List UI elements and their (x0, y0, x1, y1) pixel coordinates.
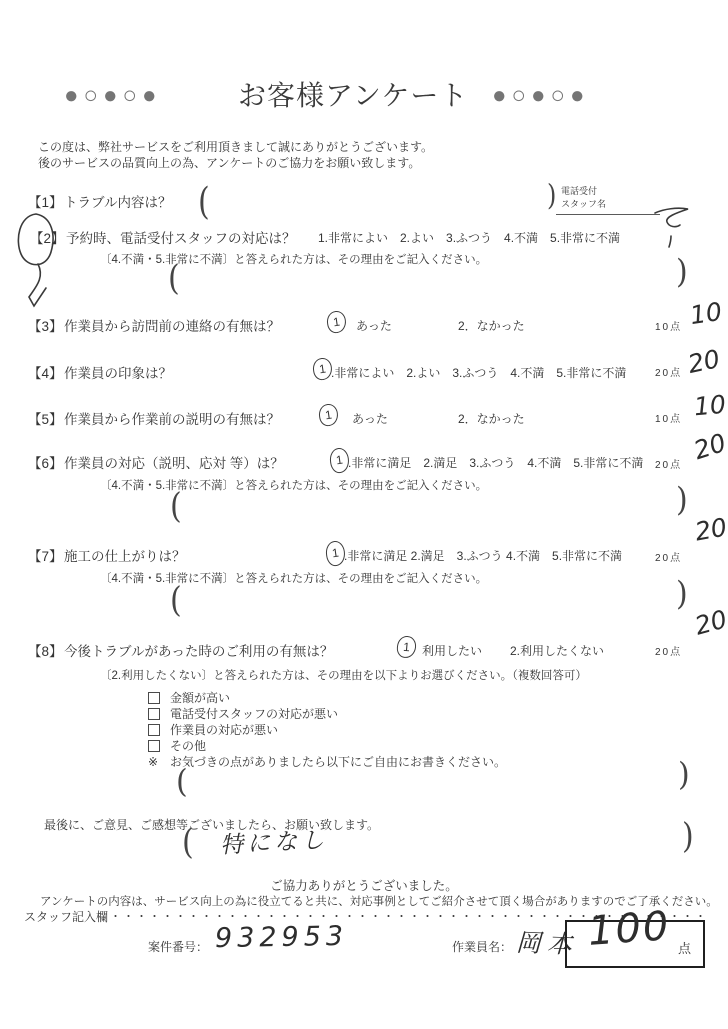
staff-name-line (556, 214, 660, 215)
q4-text: 作業員の印象は？ (64, 362, 172, 382)
q2-text: 予約時、電話受付スタッフの対応は？ (66, 227, 296, 247)
intro-line-2: 後のサービスの品質向上の為、アンケートのご協力をお願い致します。 (38, 154, 420, 171)
final-bracket-open: ( (182, 826, 194, 861)
staff-entry-label: スタッフ記入欄 (24, 908, 108, 925)
q7-sub-instruction: 〔4.不満・5.非常に不満〕と答えられた方は、その理由をご記入ください。 (100, 570, 487, 586)
q7-handwritten-score: 20 (693, 512, 728, 546)
q8-checkbox-label-4: その他 (170, 737, 206, 754)
handwritten-final-comment: 特になし (219, 821, 329, 860)
q7-options: .非常に満足 2.満足 3.ふつう 4.不満 5.非常に不満 (344, 547, 622, 564)
q3-label: 【3】 (28, 315, 63, 335)
q2-label: 【2】 (30, 227, 65, 247)
case-number-label: 案件番号： (148, 938, 208, 955)
q3-text: 作業員から訪問前の連絡の有無は？ (64, 315, 280, 335)
q7-label: 【7】 (28, 545, 63, 565)
q2-sub-instruction: 〔4.不満・5.非常に不満〕と答えられた方は、その理由をご記入ください。 (100, 251, 487, 267)
q5-text: 作業員から作業前の説明の有無は？ (64, 408, 280, 428)
q8-score-label: 20点 (655, 643, 682, 658)
phone-staff-label-line2: スタッフ名 (561, 197, 606, 210)
q4-score-label: 20点 (655, 364, 682, 379)
checkbox-icon (148, 708, 160, 720)
final-comment-prompt: 最後に、ご意見、ご感想等ございましたら、お願い致します。 (44, 816, 379, 833)
handwritten-total-score: 100 (586, 903, 671, 955)
checkbox-icon (148, 692, 160, 704)
q6-reason-bracket-close: ) (676, 484, 688, 517)
q8-hand-circled-option-1: 1 (396, 635, 417, 659)
q3-option-1-label: あった (356, 317, 392, 334)
checkbox-icon (148, 724, 160, 736)
hand-scribble-staff-name (655, 208, 688, 226)
total-score-unit: 点 (678, 938, 691, 957)
handwritten-case-number: 932953 (215, 921, 349, 954)
q8-checkbox-label-3: 作業員の対応が悪い (170, 721, 278, 738)
q8-free-bracket-close: ) (678, 760, 690, 792)
worker-name-label: 作業員名： (452, 938, 512, 955)
q1-answer-bracket-close: ) (547, 181, 556, 210)
q2-reason-bracket-open: ( (168, 262, 180, 297)
q3-hand-circled-option-1: 1 (326, 310, 348, 334)
q6-score-label: 20点 (655, 456, 682, 471)
q5-option-1-label: あった (352, 410, 388, 427)
q8-label: 【8】 (28, 640, 63, 660)
q1-label: 【1】 (28, 191, 63, 211)
checkbox-icon (148, 740, 160, 752)
hand-dash-staff-name (669, 236, 671, 247)
hand-check-below-q2 (29, 264, 46, 306)
q5-option-2-label: 2．なかった (458, 410, 525, 427)
q8-checkbox-label-2: 電話受付スタッフの対応が悪い (170, 705, 338, 722)
q5-handwritten-score: 10 (693, 390, 727, 422)
q4-label: 【4】 (28, 362, 63, 382)
q2-options: 1.非常によい 2.よい 3.ふつう 4.不満 5.非常に不満 (318, 229, 620, 246)
q8-checkbox-label-1: 金額が高い (170, 689, 230, 706)
q5-score-label: 10点 (655, 410, 682, 425)
q7-reason-bracket-open: ( (170, 584, 182, 619)
q7-text: 施工の仕上がりは？ (64, 545, 186, 565)
q8-handwritten-score: 20 (692, 604, 728, 640)
intro-line-1: この度は、弊社サービスをご利用頂きまして誠にありがとうございます。 (38, 138, 433, 155)
q3-handwritten-score: 10 (688, 297, 724, 330)
final-bracket-close: ) (682, 820, 694, 855)
q6-sub-instruction: 〔4.不満・5.非常に不満〕と答えられた方は、その理由をご記入ください。 (100, 477, 487, 493)
q1-text: トラブル内容は？ (64, 191, 171, 211)
q7-score-label: 20点 (655, 549, 682, 564)
q8-text: 今後トラブルがあった時のご利用の有無は？ (64, 640, 333, 660)
header-dots-right-icon: ●○●○● (492, 82, 589, 110)
q3-score-label: 10点 (655, 318, 682, 333)
q8-option-2-label: 2.利用したくない (510, 642, 604, 659)
q3-option-2-label: 2．なかった (458, 317, 525, 334)
thanks-line: ご協力ありがとうございました。 (0, 876, 728, 894)
q4-options: .非常によい 2.よい 3.ふつう 4.不満 5.非常に不満 (331, 364, 626, 381)
q6-handwritten-score: 20 (690, 428, 728, 465)
q8-sub-instruction: 〔2.利用したくない〕と答えられた方は、その理由を以下よりお選びください。（複数… (100, 667, 587, 683)
q1-answer-bracket-open: ( (198, 184, 210, 222)
q4-handwritten-score: 20 (685, 344, 722, 379)
survey-page: ●○●○● お客様アンケート ●○●○● この度は、弊社サービスをご利用頂きまし… (0, 0, 728, 1029)
q6-options: .非常に満足 2.満足 3.ふつう 4.不満 5.非常に不満 (348, 454, 643, 471)
q5-label: 【5】 (28, 408, 63, 428)
q8-free-comment-note: ※ お気づきの点がありましたら以下にご自由にお書きください。 (148, 753, 506, 770)
q6-label: 【6】 (28, 452, 63, 472)
q7-reason-bracket-close: ) (676, 578, 688, 611)
q6-text: 作業員の対応（説明、応対 等）は？ (64, 452, 284, 472)
q6-reason-bracket-open: ( (170, 490, 182, 525)
q5-hand-circled-option-1: 1 (318, 403, 340, 427)
page-title: お客様アンケート (238, 74, 468, 114)
header-dots-left-icon: ●○●○● (64, 82, 161, 110)
q2-reason-bracket-close: ) (676, 256, 688, 289)
q8-free-bracket-open: ( (176, 767, 188, 799)
phone-staff-label-line1: 電話受付 (561, 184, 597, 197)
q8-option-1-label: 利用したい (422, 642, 482, 659)
